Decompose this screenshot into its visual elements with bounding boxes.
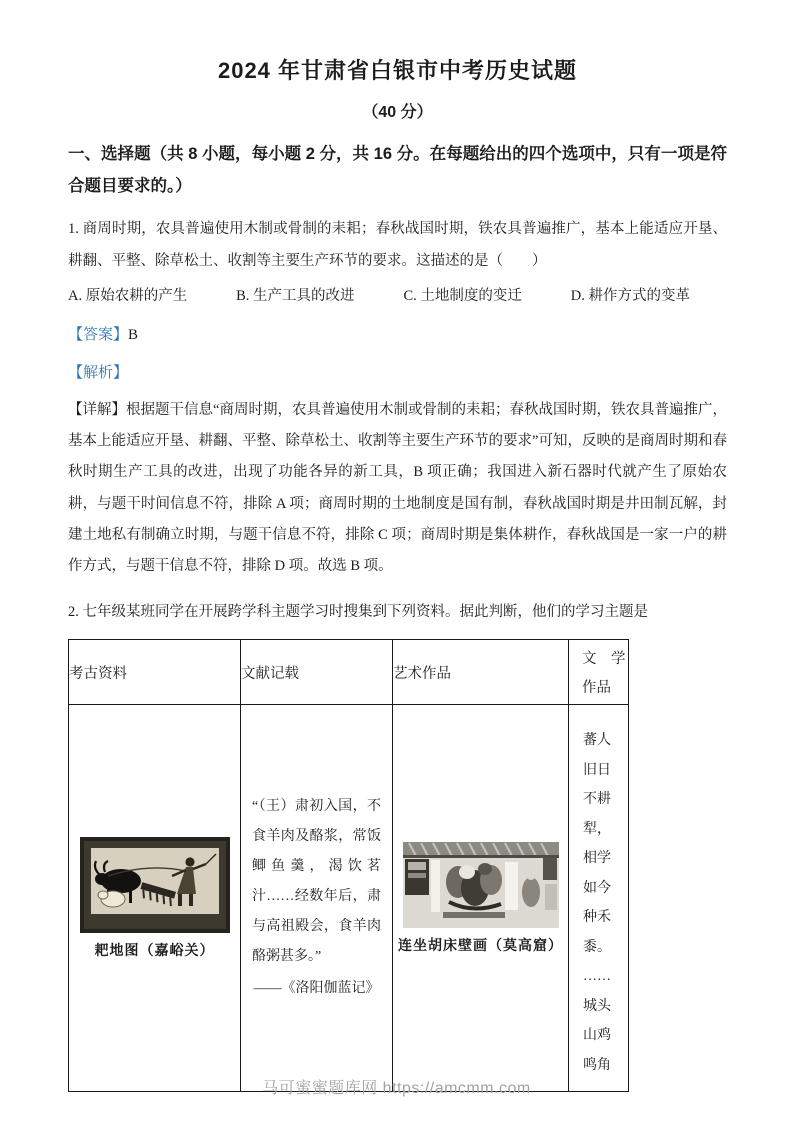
option-b: B. 生产工具的改进 (236, 281, 354, 311)
table-body-row: 耙地图（嘉峪关） “（王）肃初入国，不食羊肉及酪浆，常饭鲫鱼羹，渴饮茗汁……经数… (69, 705, 629, 1092)
poem-line: 如今 (569, 874, 628, 904)
answer-label: 【答案】 (68, 327, 128, 343)
option-d: D. 耕作方式的变革 (571, 281, 690, 311)
analysis-label: 【解析】 (68, 365, 128, 381)
poem-line: 山鸡 (569, 1021, 628, 1051)
literature-record-cell: “（王）肃初入国，不食羊肉及酪浆，常饭鲫鱼羹，渴饮茗汁……经数年后，肃与高祖殿会… (241, 705, 393, 1092)
poem-line: 犁， (569, 815, 628, 845)
artwork-cell: 连坐胡床壁画（莫高窟） (393, 705, 569, 1092)
section-heading: 一、选择题（共 8 小题，每小题 2 分，共 16 分。在每题给出的四个选项中，… (68, 138, 727, 202)
header-literary-work-line1: 文 学 (569, 647, 628, 668)
artwork-caption: 连坐胡床壁画（莫高窟） (398, 935, 563, 955)
poem-line: 相学 (569, 844, 628, 874)
poem-line: 不耕 (569, 785, 628, 815)
detail-text: 根据题干信息“商周时期，农具普遍使用木制或骨制的耒耜；春秋战国时期，铁农具普遍推… (68, 402, 727, 574)
poem-line: 黍。 (569, 933, 628, 963)
mogao-mural-image (403, 842, 559, 928)
answer-line: 【答案】B (68, 323, 727, 347)
header-archaeology: 考古资料 (69, 640, 241, 705)
header-literature-record: 文献记载 (241, 640, 393, 705)
table-header-row: 考古资料 文献记载 艺术作品 文 学 作品 (69, 640, 629, 705)
archaeology-caption: 耙地图（嘉峪关） (95, 940, 215, 960)
detail-explanation: 【详解】根据题干信息“商周时期，农具普遍使用木制或骨制的耒耜；春秋战国时期，铁农… (68, 395, 727, 582)
option-a: A. 原始农耕的产生 (68, 281, 187, 311)
literature-source: ——《洛阳伽蓝记》 (241, 974, 392, 1004)
answer-value: B (128, 327, 138, 343)
poem-line: …… (569, 962, 628, 992)
poem-line: 蕃人 (569, 726, 628, 756)
poem-line: 种禾 (569, 903, 628, 933)
header-literary-work: 文 学 作品 (569, 640, 629, 705)
site-footer-watermark: 马可蜜蜜题库网 https://amcmm.com (0, 1075, 793, 1098)
exam-document-page: { "page": { "title": "2024 年甘肃省白银市中考历史试题… (0, 0, 793, 1122)
header-literary-work-line2: 作品 (569, 676, 628, 697)
header-artwork: 艺术作品 (393, 640, 569, 705)
archaeology-cell: 耙地图（嘉峪关） (69, 705, 241, 1092)
poem-lines: 蕃人 旧日 不耕 犁， 相学 如今 种禾 黍。 …… 城头 山鸡 鸣角 (569, 716, 628, 1080)
literature-quote: “（王）肃初入国，不食羊肉及酪浆，常饭鲫鱼羹，渴饮茗汁……经数年后，肃与高祖殿会… (241, 792, 392, 972)
ox-harrowing-brick-painting-image (80, 837, 230, 933)
total-score: （40 分） (68, 99, 727, 122)
materials-table: 考古资料 文献记载 艺术作品 文 学 作品 (68, 639, 629, 1092)
page-title: 2024 年甘肃省白银市中考历史试题 (68, 54, 727, 85)
option-c: C. 土地制度的变迁 (403, 281, 521, 311)
literary-work-cell: 蕃人 旧日 不耕 犁， 相学 如今 种禾 黍。 …… 城头 山鸡 鸣角 (569, 705, 629, 1092)
page-content: 2024 年甘肃省白银市中考历史试题 （40 分） 一、选择题（共 8 小题，每… (0, 0, 793, 1092)
question-1-stem: 1. 商周时期，农具普遍使用木制或骨制的耒耜；春秋战国时期，铁农具普遍推广，基本… (68, 214, 727, 276)
poem-line: 旧日 (569, 756, 628, 786)
detail-label: 【详解】 (68, 402, 126, 418)
question-1-options: A. 原始农耕的产生 B. 生产工具的改进 C. 土地制度的变迁 D. 耕作方式… (68, 281, 690, 311)
analysis-line: 【解析】 (68, 361, 727, 385)
question-2-stem: 2. 七年级某班同学在开展跨学科主题学习时搜集到下列资料。据此判断，他们的学习主… (68, 598, 727, 627)
poem-line: 城头 (569, 992, 628, 1022)
